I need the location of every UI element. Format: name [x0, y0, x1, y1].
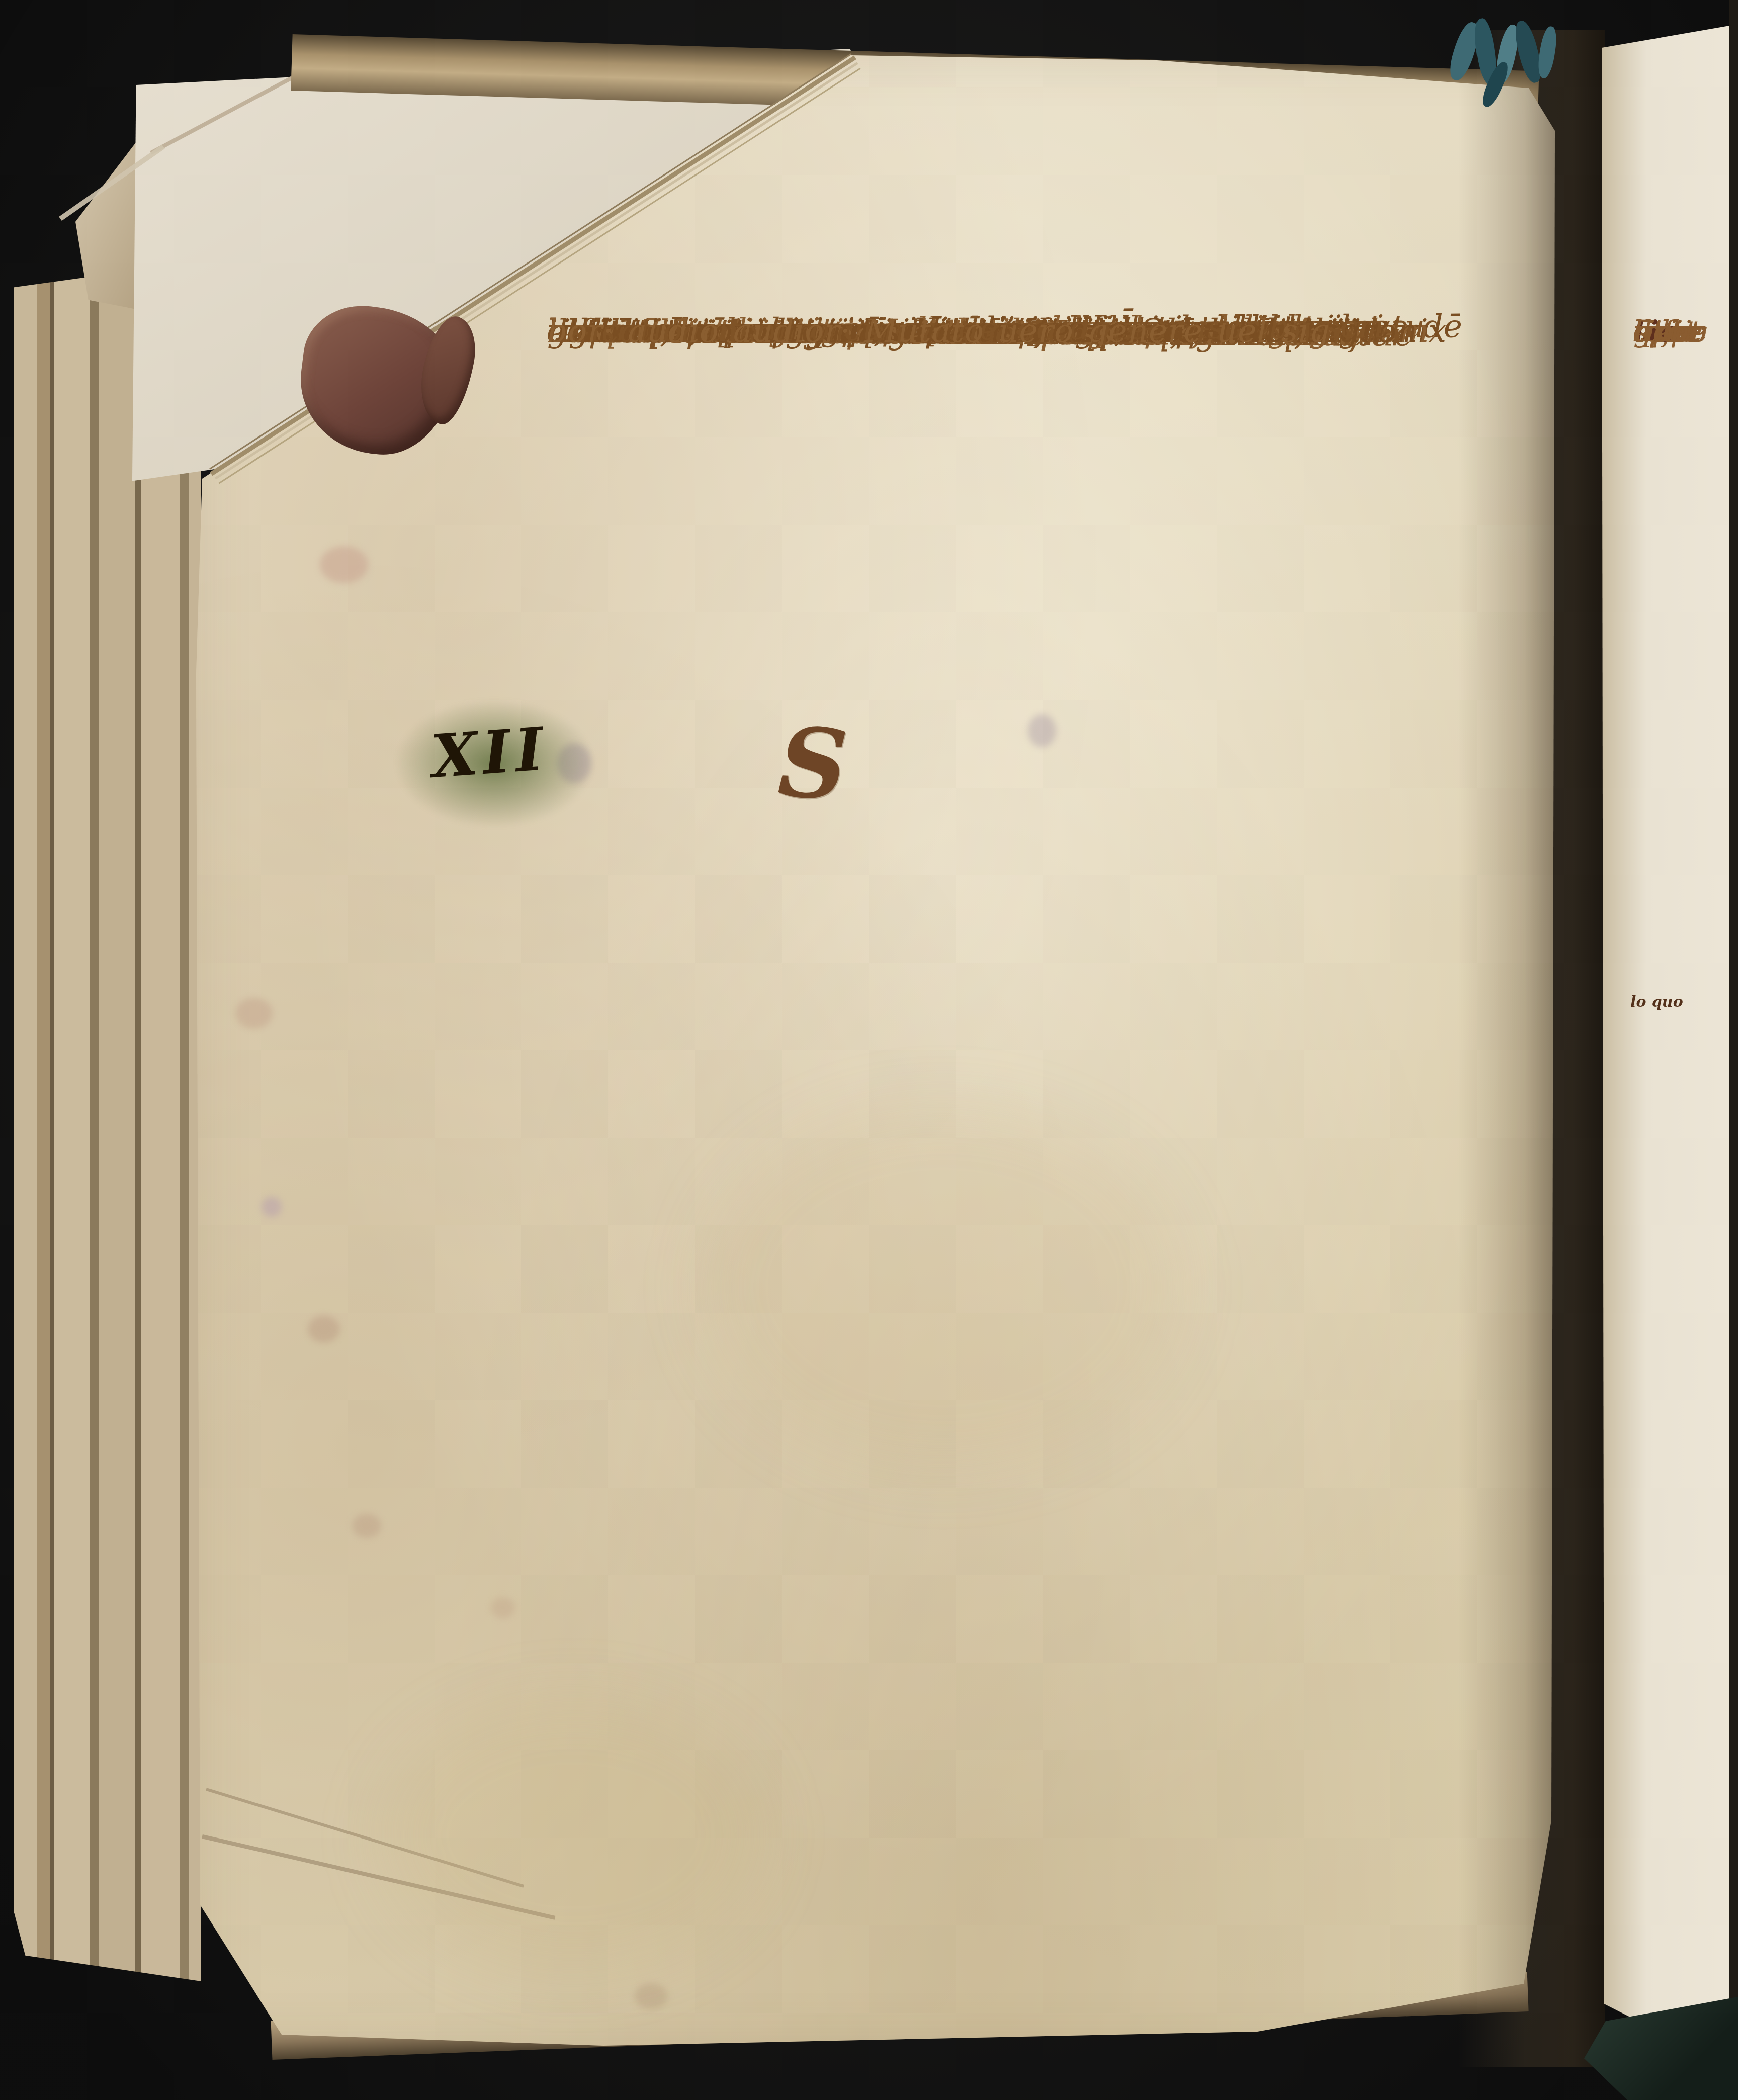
stain-spot [491, 1597, 515, 1618]
gutter-shadow [1458, 30, 1605, 2067]
left-page-edge-stack [14, 261, 201, 1981]
decorated-initial-S: S [776, 715, 850, 814]
right-fragment-line: habe [1633, 302, 1707, 362]
soft-stain [382, 1700, 764, 1971]
stain-spot [320, 546, 368, 583]
manuscript-photo: XII inlibro tertio legimus· hos ne ego c… [0, 0, 1738, 2100]
stain-spot [235, 998, 273, 1029]
marginal-chapter-number: XII [429, 719, 550, 786]
interlinear-gloss: lo quo [1630, 995, 1683, 1010]
soft-stain [704, 1106, 1182, 1468]
purple-dot [262, 1197, 282, 1217]
right-page-sliver: nifimansperconspideponorgratadreet ecn̄u… [1599, 20, 1738, 2087]
stain-spot [352, 1514, 381, 1538]
purple-smudge [1028, 714, 1056, 747]
manuscript-line: bor· audio audior· Mutato uero genere ue… [547, 302, 1330, 362]
binding-edge [1729, 0, 1738, 2100]
stain-spot [308, 1316, 340, 1343]
stain-spot [635, 1983, 668, 2009]
